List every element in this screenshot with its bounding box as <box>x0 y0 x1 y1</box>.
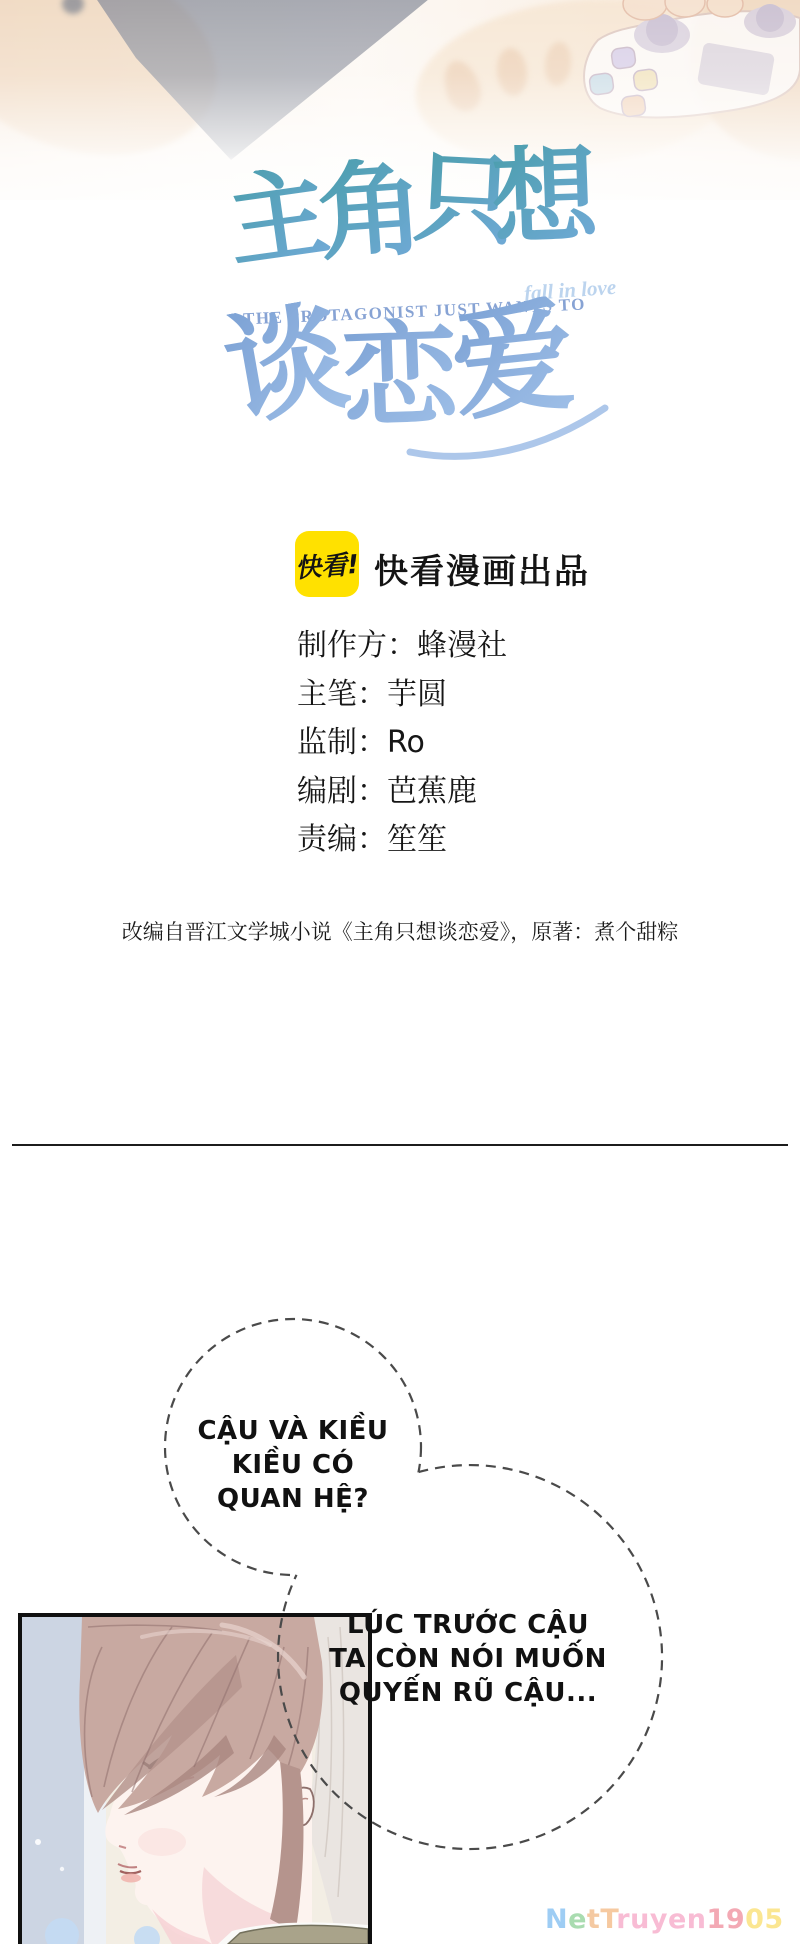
watermark-letter: 5 <box>764 1904 783 1935</box>
watermark-letter: N <box>545 1904 568 1935</box>
watermark-letter: y <box>650 1904 668 1935</box>
site-watermark: NetTruyen1905 <box>545 1904 784 1935</box>
watermark-letter: e <box>568 1904 587 1935</box>
watermark-letter: r <box>616 1904 630 1935</box>
character-portrait <box>22 1617 368 1944</box>
watermark-letter: T <box>600 1904 616 1935</box>
bubble1-line2: KIỀU CÓ <box>153 1448 433 1482</box>
comic-panel <box>18 1613 372 1944</box>
comic-page: 主 角 只 想 THE PROTAGONIST JUST WANTS TO fa… <box>0 0 800 1944</box>
watermark-letter: 9 <box>726 1904 745 1935</box>
watermark-letter: u <box>630 1904 650 1935</box>
bubble1-line1: CẬU VÀ KIỀU <box>153 1414 433 1448</box>
watermark-letter: n <box>687 1904 707 1935</box>
bubble2-line3: QUYẾN RŨ CẬU... <box>328 1676 608 1710</box>
watermark-letter: e <box>668 1904 687 1935</box>
watermark-letter: 0 <box>745 1904 764 1935</box>
speech-bubble-1-text: CẬU VÀ KIỀU KIỀU CÓ QUAN HỆ? <box>153 1414 433 1516</box>
bubble2-line2: TA CÒN NÓI MUỐN <box>328 1642 608 1676</box>
watermark-letter: t <box>587 1904 600 1935</box>
speech-bubble-2-text: LÚC TRƯỚC CẬU TA CÒN NÓI MUỐN QUYẾN RŨ C… <box>328 1608 608 1710</box>
bubble2-line1: LÚC TRƯỚC CẬU <box>328 1608 608 1642</box>
watermark-letter: 1 <box>707 1904 726 1935</box>
bubble1-line3: QUAN HỆ? <box>153 1482 433 1516</box>
